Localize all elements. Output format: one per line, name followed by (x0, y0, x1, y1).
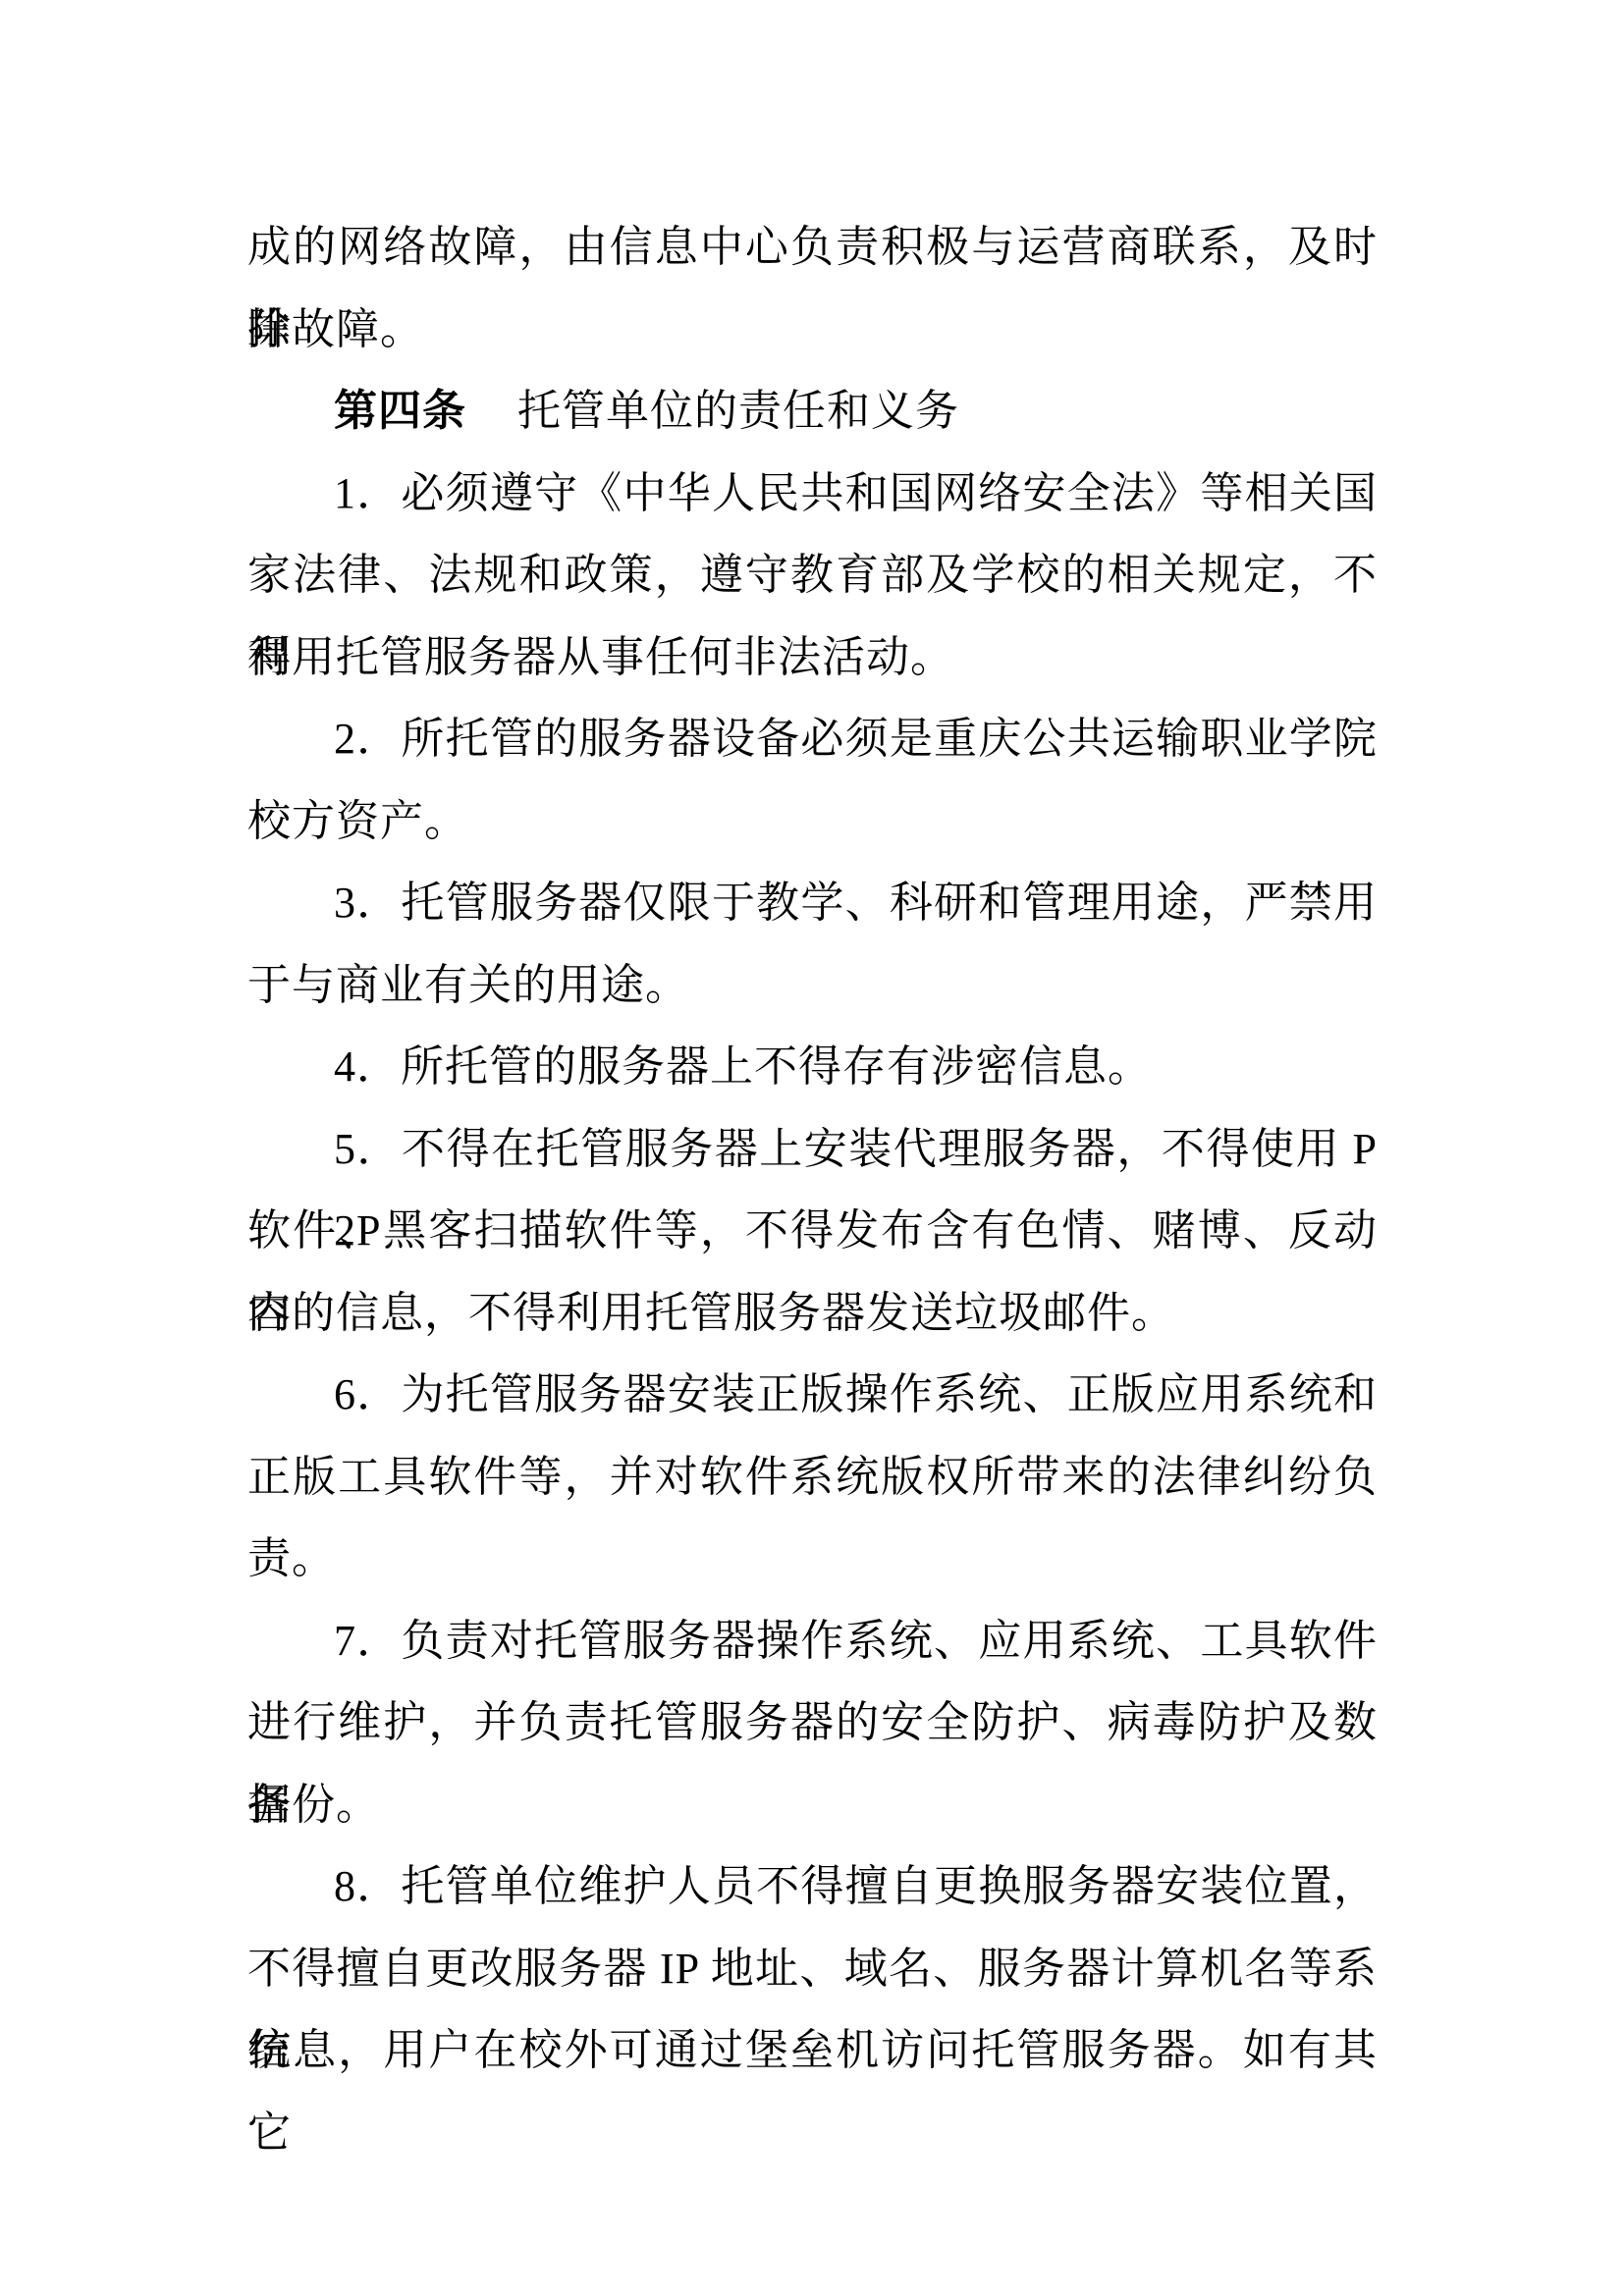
text-segment: 1．必须遵守《中华人民共和国网络安全法》等相关国 (334, 469, 1378, 517)
text-segment: 信息，用户在校外可通过堡垒机访问托管服务器。如有其它 (247, 2026, 1378, 2157)
text-line-18: 7．负责对托管服务器操作系统、应用系统、工具软件 (247, 1600, 1378, 1682)
text-line-11: 4．所托管的服务器上不得存有涉密信息。 (247, 1026, 1378, 1108)
text-line-17: 责。 (247, 1518, 1378, 1600)
text-segment: 7．负责对托管服务器操作系统、应用系统、工具软件 (334, 1617, 1378, 1665)
text-segment: 3．托管服务器仅限于教学、科研和管理用途，严禁用 (334, 879, 1378, 927)
text-line-14: 容的信息，不得利用托管服务器发送垃圾邮件。 (247, 1272, 1378, 1355)
text-line-12: 5．不得在托管服务器上安装代理服务器，不得使用 P2P (247, 1108, 1378, 1191)
text-segment: 8．托管单位维护人员不得擅自更换服务器安装位置， (334, 1862, 1378, 1910)
text-line-6: 利用托管服务器从事任何非法活动。 (247, 616, 1378, 699)
text-segment: 于与商业有关的用途。 (247, 961, 689, 1009)
text-line-20: 备份。 (247, 1764, 1378, 1846)
text-segment: 校方资产。 (247, 797, 468, 845)
text-line-9: 3．托管服务器仅限于教学、科研和管理用途，严禁用 (247, 862, 1378, 944)
text-segment: 容的信息，不得利用托管服务器发送垃圾邮件。 (247, 1289, 1175, 1337)
text-block: 成的网络故障，由信息中心负责积极与运营商联系，及时排除故障。第四条托管单位的责任… (247, 206, 1378, 2092)
text-segment: 托管单位的责任和义务 (517, 387, 959, 435)
text-line-13: 软件、黑客扫描软件等，不得发布含有色情、赌博、反动内 (247, 1190, 1378, 1272)
text-segment: 正版工具软件等，并对软件系统版权所带来的法律纠纷负 (247, 1453, 1378, 1501)
text-segment: 责。 (247, 1534, 336, 1582)
text-line-4: 1．必须遵守《中华人民共和国网络安全法》等相关国 (247, 453, 1378, 535)
text-line-10: 于与商业有关的用途。 (247, 944, 1378, 1027)
text-segment: 除故障。 (247, 305, 424, 353)
text-line-8: 校方资产。 (247, 780, 1378, 863)
text-line-16: 正版工具软件等，并对软件系统版权所带来的法律纠纷负 (247, 1436, 1378, 1519)
section-heading-line: 第四条托管单位的责任和义务 (247, 370, 1378, 453)
text-line-2: 除故障。 (247, 289, 1378, 371)
text-segment: 备份。 (247, 1781, 380, 1829)
text-line-19: 进行维护，并负责托管服务器的安全防护、病毒防护及数据 (247, 1682, 1378, 1764)
text-segment: 2．所托管的服务器设备必须是重庆公共运输职业学院 (334, 715, 1378, 763)
text-line-1: 成的网络故障，由信息中心负责积极与运营商联系，及时排 (247, 206, 1378, 289)
text-segment: 利用托管服务器从事任何非法活动。 (247, 633, 954, 681)
text-line-15: 6．为托管服务器安装正版操作系统、正版应用系统和 (247, 1354, 1378, 1436)
text-segment: 4．所托管的服务器上不得存有涉密信息。 (334, 1042, 1152, 1091)
text-line-22: 不得擅自更改服务器 IP 地址、域名、服务器计算机名等系统 (247, 1928, 1378, 2010)
text-segment: 6．为托管服务器安装正版操作系统、正版应用系统和 (334, 1370, 1378, 1418)
text-line-7: 2．所托管的服务器设备必须是重庆公共运输职业学院 (247, 698, 1378, 780)
text-line-5: 家法律、法规和政策，遵守教育部及学校的相关规定，不得 (247, 534, 1378, 616)
text-line-23: 信息，用户在校外可通过堡垒机访问托管服务器。如有其它 (247, 2009, 1378, 2092)
text-line-21: 8．托管单位维护人员不得擅自更换服务器安装位置， (247, 1845, 1378, 1928)
section-heading-number: 第四条 (334, 387, 466, 435)
document-body: { "page": { "background": "#ffffff", "te… (0, 0, 1624, 2296)
document-page: 成的网络故障，由信息中心负责积极与运营商联系，及时排除故障。第四条托管单位的责任… (0, 0, 1624, 2296)
